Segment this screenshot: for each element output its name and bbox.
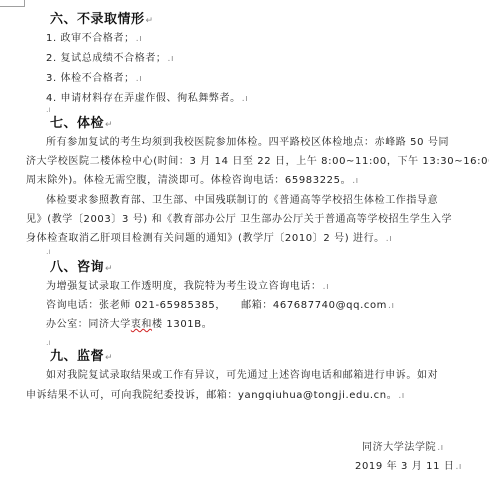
paragraph-mark-icon: ↵ — [105, 353, 113, 363]
section-heading-six: 六、不录取情形↵ — [50, 12, 154, 29]
phone-text: 咨询电话：张老师 021-65985385， — [46, 300, 226, 311]
contact-line: 咨询电话：张老师 021-65985385， 邮箱：467687740@qq.c… — [46, 299, 395, 313]
list-item: 3. 体检不合格者；.ı — [46, 72, 142, 86]
paragraph-line: 周末除外)。体检无需空腹，清淡即可。体检咨询电话：65983225。.ı — [26, 174, 359, 188]
paragraph-line: 见》(教学〔2003〕3 号) 和《教育部办公厅 卫生部办公厅关于普通高等学校招… — [26, 213, 452, 227]
section-heading-nine: 九、监督↵ — [50, 349, 113, 366]
empty-paragraph-mark: .ı — [46, 247, 51, 257]
paragraph-mark-icon: ↵ — [105, 264, 113, 274]
spellcheck-squiggle[interactable]: 衷和 — [131, 319, 152, 330]
list-item: 4. 申请材料存在弄虚作假、徇私舞弊者。.ı — [46, 92, 248, 106]
signature-date: 2019 年 3 月 11 日.ı — [355, 460, 462, 474]
page-corner-mark — [0, 0, 25, 7]
section-heading-eight: 八、咨询↵ — [50, 260, 113, 277]
paragraph-mark-icon: ↵ — [105, 120, 113, 130]
email-label: 邮箱： — [241, 300, 273, 311]
office-line: 办公室：同济大学衷和楼 1301B。 — [46, 318, 212, 332]
document-page: 六、不录取情形↵ 1. 政审不合格者；.ı 2. 复试总成绩不合格者；.ı 3.… — [0, 0, 489, 495]
empty-paragraph-mark: .ı — [46, 338, 51, 348]
paragraph-line: 体检要求参照教育部、卫生部、中国残联制订的《普通高等学校招生体检工作指导意 — [46, 194, 438, 208]
paragraph-line: 如对我院复试录取结果或工作有异议，可先通过上述咨询电话和邮箱进行申诉。如对 — [46, 369, 438, 383]
paragraph-line: 济大学校医院二楼体检中心(时间：3 月 14 日至 22 日，上午 8:00~1… — [26, 155, 489, 169]
paragraph-mark-icon: ↵ — [146, 16, 154, 26]
paragraph-line: 身体检查取消乙肝项目检测有关问题的通知》(教学厅〔2010〕2 号) 进行。.ı — [26, 232, 392, 246]
paragraph-line: 为增强复试录取工作透明度，我院特为考生设立咨询电话：.ı — [46, 280, 329, 294]
list-item: 2. 复试总成绩不合格者；.ı — [46, 52, 174, 66]
paragraph-line: 申诉结果不认可，可向我院纪委投诉，邮箱：yangqiuhua@tongji.ed… — [26, 389, 405, 403]
signature-org: 同济大学法学院.ı — [362, 441, 444, 455]
section-heading-seven: 七、体检↵ — [50, 116, 113, 133]
empty-paragraph-mark: .ı — [46, 105, 51, 115]
list-item: 1. 政审不合格者；.ı — [46, 32, 142, 46]
paragraph-line: 所有参加复试的考生均须到我校医院参加体检。四平路校区体检地点：赤峰路 50 号同 — [46, 136, 449, 150]
email-link[interactable]: 467687740@qq.com — [273, 300, 387, 311]
